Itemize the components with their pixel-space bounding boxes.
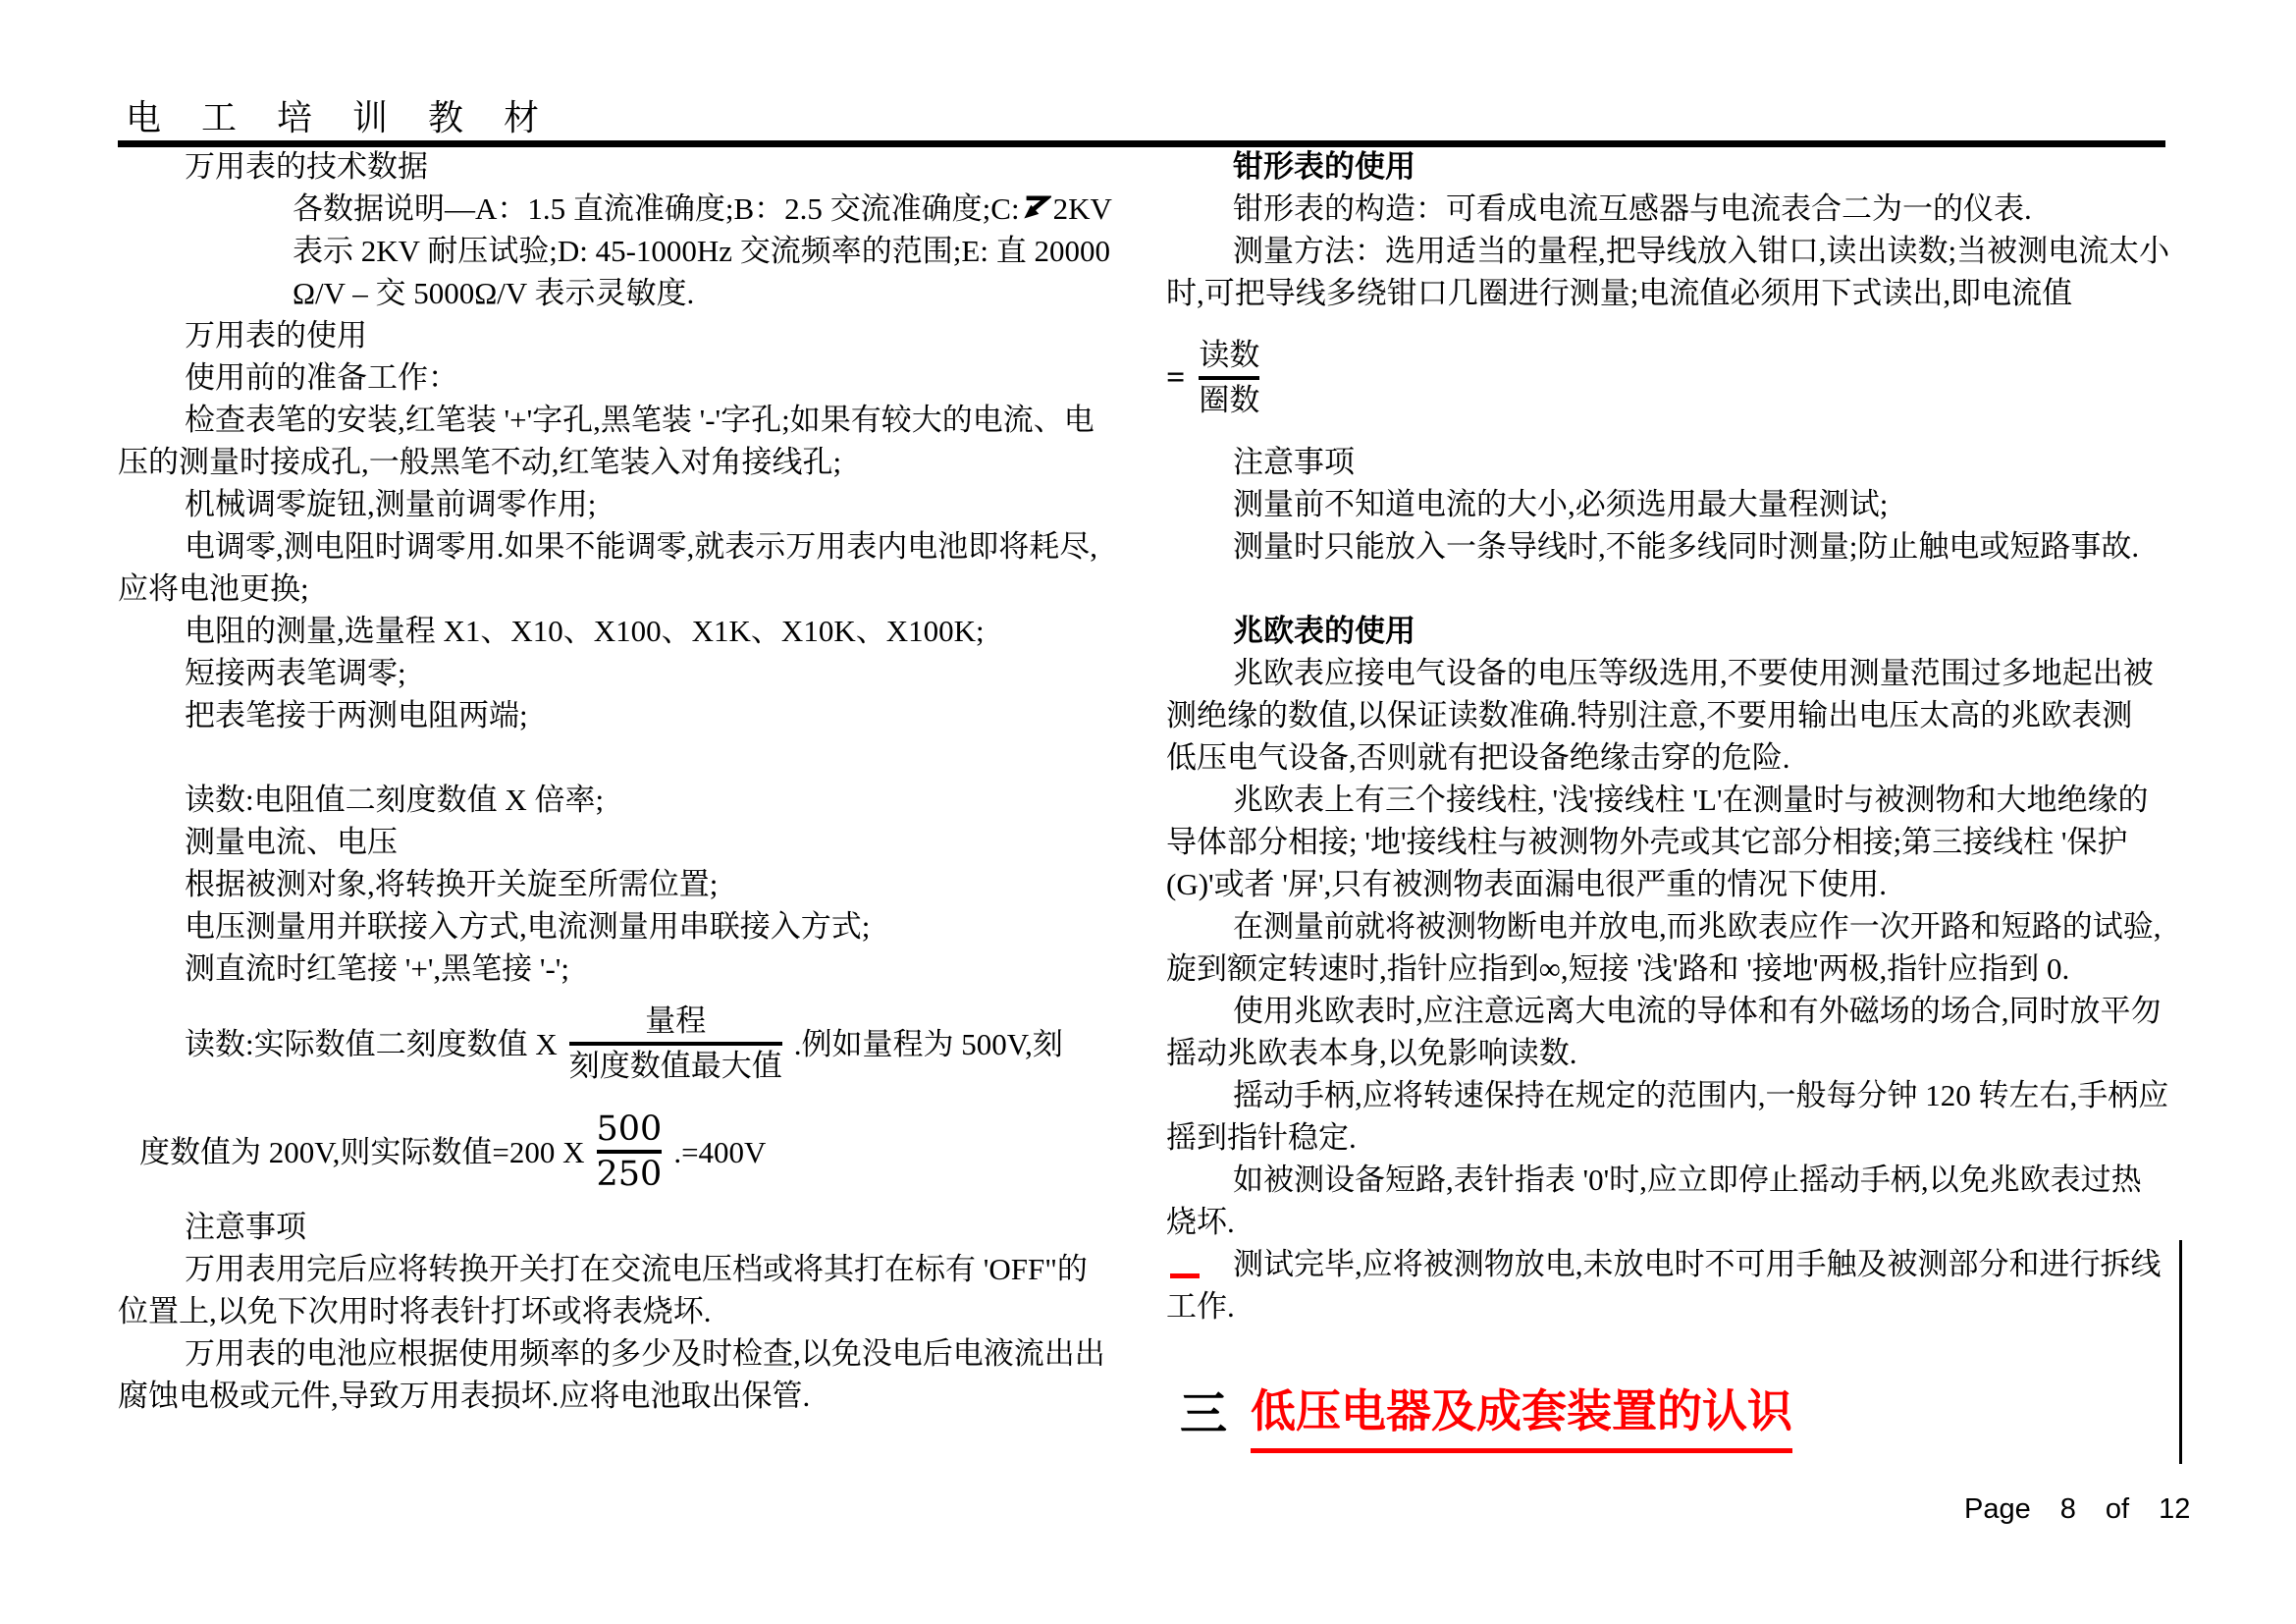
formula-prefix: 读数:实际数值二刻度数值 X [185,1023,558,1065]
text-line: 使用兆欧表时,应注意远离大电流的导体和有外磁场的场合,同时放平勿 [1166,990,2261,1032]
text-line: 应将电池更换; [118,568,1148,610]
subsection-heading-megohmmeter: 兆欧表的使用 [1166,610,2261,652]
blank-line [118,736,1148,779]
subsection-heading-clamp-meter: 钳形表的使用 [1166,145,2261,188]
formula-suffix: .例如量程为 500V,刻 [794,1023,1063,1065]
text-line: 如被测设备短路,表针指表 '0'时,应立即停止摇动手柄,以免兆欧表过热 [1166,1159,2261,1201]
red-annotation-mark [1170,1273,1200,1278]
text-line: 把表笔接于两测电阻两端; [118,694,1148,736]
page-footer: Page 8 of 12 [1964,1493,2190,1526]
footer-page-label: Page [1964,1493,2031,1526]
fraction-denominator: 250 [597,1156,663,1193]
fraction-numerator: 500 [597,1110,663,1148]
text-line: 导体部分相接; '地'接线柱与被测物外壳或其它部分相接;第三接线柱 '保护 [1166,821,2261,863]
section-heading: 三 低压电器及成套装置的认识 [1180,1384,1792,1453]
text-line: 注意事项 [1166,441,2261,483]
example-formula: 度数值为 200V,则实际数值=200 X 500 250 .=400V [118,1098,1148,1206]
fraction-bar [1199,376,1259,380]
text-line: 表示 2KV 耐压试验;D: 45-1000Hz 交流频率的范围;E: 直 20… [118,230,1148,272]
text-line: 电阻的测量,选量程 X1、X10、X100、X1K、X10K、X100K; [118,610,1148,652]
fraction-numerator: 量程 [645,1002,706,1040]
text-line: 机械调零旋钮,测量前调零作用; [118,483,1148,525]
text-line: (G)'或者 '屏',只有被测物表面漏电很严重的情况下使用. [1166,863,2261,905]
text-line: 低压电气设备,否则就有把设备绝缘击穿的危险. [1166,736,2261,779]
text-line: 各数据说明—A：1.5 直流准确度;B：2.5 交流准确度;C:2KV [118,188,1148,230]
text-line: 在测量前就将被测物断电并放电,而兆欧表应作一次开路和短路的试验, [1166,905,2261,947]
text-line: 测绝缘的数值,以保证读数准确.特别注意,不要用输出电压太高的兆欧表测 [1166,694,2261,736]
text-segment: 测试完毕,应将被测物放电,未放电时不可用手触及被测部分和进行拆线 [1233,1247,2162,1281]
right-column: 钳形表的使用 钳形表的构造：可看成电流互感器与电流表合二为一的仪表. 测量方法：… [1166,145,2261,1327]
text-line: 万用表的技术数据 [118,145,1148,188]
high-voltage-icon [1022,190,1051,233]
formula-prefix: 度数值为 200V,则实际数值=200 X [139,1131,585,1173]
equals-sign: = [1166,356,1185,399]
text-line: 测试完毕,应将被测物放电,未放电时不可用手触及被测部分和进行拆线 [1166,1243,2261,1285]
text-line: 测量前不知道电流的大小,必须选用最大量程测试; [1166,483,2261,525]
fraction-bar [597,1150,663,1154]
text-line: 电压测量用并联接入方式,电流测量用串联接入方式; [118,905,1148,947]
left-column: 万用表的技术数据 各数据说明—A：1.5 直流准确度;B：2.5 交流准确度;C… [118,145,1148,1417]
footer-page-number: 8 [2060,1493,2076,1526]
section-heading-text: 低压电器及成套装置的认识 [1251,1384,1792,1453]
text-line: 烧坏. [1166,1201,2261,1243]
text-line: 摇动手柄,应将转速保持在规定的范围内,一般每分钟 120 转左右,手柄应 [1166,1074,2261,1116]
text-line: 位置上,以免下次用时将表针打坏或将表烧坏. [118,1290,1148,1332]
annotation-vertical-line [2179,1240,2182,1464]
text-line: 万用表的使用 [118,314,1148,356]
text-segment: 各数据说明—A：1.5 直流准确度;B：2.5 交流准确度;C: [293,191,1020,226]
text-line: 测量时只能放入一条导线时,不能多线同时测量;防止触电或短路事故. [1166,525,2261,568]
text-line: 测量方法：选用适当的量程,把导线放入钳口,读出读数;当被测电流太小 [1166,230,2261,272]
blank-line [1166,568,2261,610]
text-line: 工作. [1166,1285,2261,1327]
footer-total-pages: 12 [2159,1493,2190,1526]
footer-of-label: of [2106,1493,2129,1526]
text-line: 摇动兆欧表本身,以免影响读数. [1166,1032,2261,1074]
text-line: 万用表用完后应将转换开关打在交流电压档或将其打在标有 'OFF"的 [118,1248,1148,1290]
fraction-numerator: 读数 [1199,337,1259,374]
text-line: 万用表的电池应根据使用频率的多少及时检查,以免没电后电液流出出 [118,1332,1148,1375]
text-line: 电调零,测电阻时调零用.如果不能调零,就表示万用表内电池即将耗尽, [118,525,1148,568]
text-line: 兆欧表上有三个接线柱, '浅'接线柱 'L'在测量时与被测物和大地绝缘的 [1166,779,2261,821]
text-line: 根据被测对象,将转换开关旋至所需位置; [118,863,1148,905]
text-line: 时,可把导线多绕钳口几圈进行测量;电流值必须用下式读出,即电流值 [1166,272,2261,314]
reading-formula: 读数:实际数值二刻度数值 X 量程 刻度数值最大值 .例如量程为 500V,刻 [118,990,1148,1098]
text-line: 腐蚀电极或元件,导致万用表损坏.应将电池取出保管. [118,1375,1148,1417]
text-line: 测直流时红笔接 '+',黑笔接 '-'; [118,947,1148,990]
page-title: 电 工 培 训 教 材 [126,90,555,140]
text-line: 兆欧表应接电气设备的电压等级选用,不要使用测量范围过多地起出被 [1166,652,2261,694]
text-line: 摇到指针稳定. [1166,1116,2261,1159]
text-line: 旋到额定转速时,指针应指到∞,短接 '浅'路和 '接地'两极,指针应指到 0. [1166,947,2261,990]
current-formula: = 读数 圈数 [1166,314,2261,441]
fraction-denominator: 刻度数值最大值 [569,1048,782,1085]
text-line: 钳形表的构造：可看成电流互感器与电流表合二为一的仪表. [1166,188,2261,230]
fraction: 500 250 [597,1110,663,1193]
text-line: 使用前的准备工作： [118,356,1148,399]
fraction-bar [569,1042,782,1046]
document-page: 电 工 培 训 教 材 万用表的技术数据 各数据说明—A：1.5 直流准确度;B… [0,0,2296,1624]
text-line: 读数:电阻值二刻度数值 X 倍率; [118,779,1148,821]
text-line: 短接两表笔调零; [118,652,1148,694]
text-line: 测量电流、电压 [118,821,1148,863]
section-number: 三 [1180,1384,1227,1445]
text-line: 注意事项 [118,1206,1148,1248]
text-line: 压的测量时接成孔,一般黑笔不动,红笔装入对角接线孔; [118,441,1148,483]
text-line: Ω/V – 交 5000Ω/V 表示灵敏度. [118,272,1148,314]
text-line: 检查表笔的安装,红笔装 '+'字孔,黑笔装 '-'字孔;如果有较大的电流、电 [118,399,1148,441]
text-segment: 2KV [1053,191,1112,226]
formula-suffix: .=400V [673,1131,766,1173]
fraction: 读数 圈数 [1199,337,1259,419]
fraction-denominator: 圈数 [1199,382,1259,419]
fraction: 量程 刻度数值最大值 [569,1002,782,1085]
